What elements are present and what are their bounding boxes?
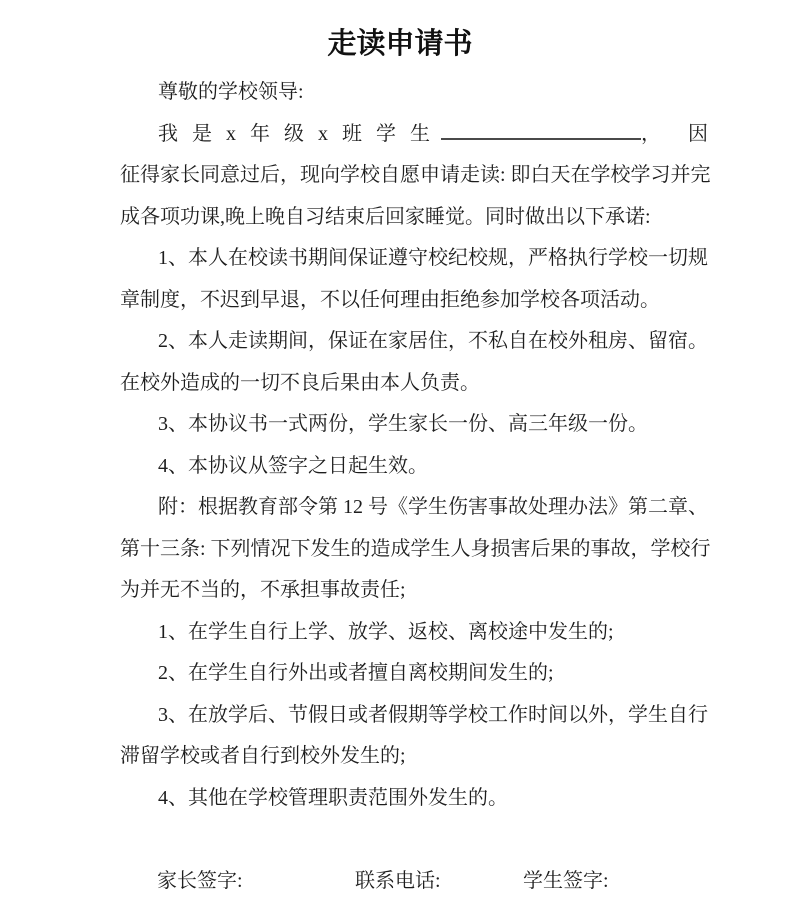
paragraph-line: 在校外造成的一切不良后果由本人负责。 bbox=[120, 363, 680, 405]
promise-item-1-line: 1、本人在校读书期间保证遵守校纪校规，严格执行学校一切规 bbox=[120, 238, 680, 280]
paragraph-line: 为并无不当的，不承担事故责任; bbox=[120, 570, 680, 612]
student-name-blank bbox=[441, 118, 641, 140]
promise-item-2-line: 2、本人走读期间，保证在家居住，不私自在校外租房、留宿。 bbox=[120, 321, 680, 363]
paragraph-line: 第十三条: 下列情况下发生的造成学生人身损害后果的事故，学校行 bbox=[120, 529, 680, 571]
document-title: 走读申请书 bbox=[0, 24, 800, 64]
intro-line: 我 是 x 年 级 x 班 学 生 ， 因 bbox=[120, 114, 680, 156]
paragraph-line: 滞留学校或者自行到校外发生的; bbox=[120, 736, 680, 778]
spacer-line bbox=[120, 819, 680, 861]
promise-item-3-line: 3、本协议书一式两份，学生家长一份、高三年级一份。 bbox=[120, 404, 680, 446]
day-student-application-document: 走读申请书 尊敬的学校领导: 我 是 x 年 级 x 班 学 生 ， 因 征得家… bbox=[0, 0, 800, 919]
promise-item-4-line: 4、本协议从签字之日起生效。 bbox=[120, 446, 680, 488]
appendix-item-3-line: 3、在放学后、节假日或者假期等学校工作时间以外，学生自行 bbox=[120, 695, 680, 737]
intro-prefix-text: 我 是 x 年 级 x 班 学 生 bbox=[158, 123, 430, 145]
appendix-line: 附：根据教育部令第 12 号《学生伤害事故处理办法》第二章、 bbox=[120, 487, 680, 529]
parent-signature-label: 家长签字: bbox=[157, 861, 243, 903]
paragraph-line: 成各项功课,晚上晚自习结束后回家睡觉。同时做出以下承诺: bbox=[120, 197, 680, 239]
appendix-item-1-line: 1、在学生自行上学、放学、返校、离校途中发生的; bbox=[120, 612, 680, 654]
signature-row: 家长签字: 联系电话: 学生签字: bbox=[120, 861, 680, 903]
appendix-item-2-line: 2、在学生自行外出或者擅自离校期间发生的; bbox=[120, 653, 680, 695]
salutation: 尊敬的学校领导: bbox=[120, 72, 680, 114]
paragraph-line: 征得家长同意过后，现向学校自愿申请走读: 即白天在学校学习并完 bbox=[120, 155, 680, 197]
document-body: 尊敬的学校领导: 我 是 x 年 级 x 班 学 生 ， 因 征得家长同意过后，… bbox=[120, 72, 680, 902]
intro-tail-text: 因 bbox=[688, 123, 708, 145]
appendix-item-4-line: 4、其他在学校管理职责范围外发生的。 bbox=[120, 778, 680, 820]
contact-phone-label: 联系电话: bbox=[355, 861, 441, 903]
intro-comma: ， bbox=[641, 123, 661, 145]
paragraph-line: 章制度，不迟到早退，不以任何理由拒绝参加学校各项活动。 bbox=[120, 280, 680, 322]
student-signature-label: 学生签字: bbox=[523, 861, 609, 903]
